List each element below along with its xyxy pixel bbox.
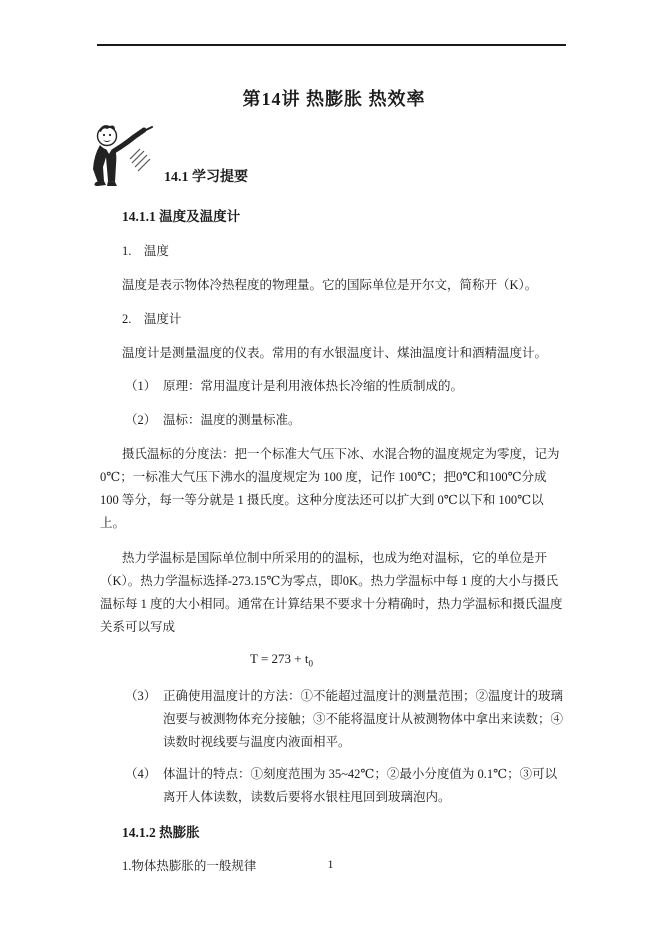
- heading-study-outline: 14.1 学习提要: [164, 169, 248, 187]
- list-number: （2）: [125, 409, 163, 432]
- page-number: 1: [0, 856, 661, 872]
- list-text: 正确使用温度计的方法：①不能超过温度计的测量范围；②温度计的玻璃泡要与被测物体充…: [163, 689, 563, 749]
- list-item-usage: （3）正确使用温度计的方法：①不能超过温度计的测量范围；②温度计的玻璃泡要与被测…: [100, 685, 568, 754]
- item-thermometer: 2. 温度计: [100, 308, 568, 331]
- heading-temp-and-thermometer: 14.1.1 温度及温度计: [100, 205, 568, 228]
- pointing-man-icon: [88, 123, 160, 189]
- list-text: 原理：常用温度计是利用液体热长冷缩的性质制成的。: [163, 379, 463, 393]
- paragraph-kelvin-scale: 热力学温标是国际单位制中所采用的的温标，也成为绝对温标，它的单位是开（K）。热力…: [100, 547, 568, 639]
- page-title: 第14讲 热膨胀 热效率: [100, 86, 568, 112]
- formula-subscript: 0: [308, 659, 313, 669]
- section-figure-row: 14.1 学习提要: [88, 123, 568, 189]
- paragraph-temperature-definition: 温度是表示物体冷热程度的物理量。它的国际单位是开尔文，简称开（K）。: [100, 274, 568, 297]
- list-number: （3）: [125, 685, 163, 708]
- header-rule: [97, 44, 566, 46]
- document-content: 第14讲 热膨胀 热效率: [100, 78, 568, 878]
- list-item-clinical-thermometer: （4）体温计的特点：①刻度范围为 35~42℃；②最小分度值为 0.1℃；③可以…: [100, 763, 568, 809]
- formula-base: T = 273 + t: [250, 651, 308, 666]
- list-item-principle: （1）原理：常用温度计是利用液体热长冷缩的性质制成的。: [100, 375, 568, 398]
- item-temperature: 1. 温度: [100, 240, 568, 263]
- paragraph-thermometer-definition: 温度计是测量温度的仪表。常用的有水银温度计、煤油温度计和酒精温度计。: [100, 342, 568, 365]
- list-text: 温标：温度的测量标准。: [163, 413, 301, 427]
- heading-thermal-expansion: 14.1.2 热膨胀: [100, 821, 568, 844]
- list-item-scale: （2）温标：温度的测量标准。: [100, 409, 568, 432]
- list-number: （1）: [125, 375, 163, 398]
- formula-kelvin-celsius: T = 273 + t0: [250, 647, 568, 676]
- list-text: 体温计的特点：①刻度范围为 35~42℃；②最小分度值为 0.1℃；③可以离开人…: [163, 767, 557, 804]
- paragraph-celsius-scale: 摄氏温标的分度法：把一个标准大气压下冰、水混合物的温度规定为零度，记为0℃；一标…: [100, 443, 568, 535]
- document-page: 第14讲 热膨胀 热效率: [0, 0, 661, 935]
- list-number: （4）: [125, 763, 163, 786]
